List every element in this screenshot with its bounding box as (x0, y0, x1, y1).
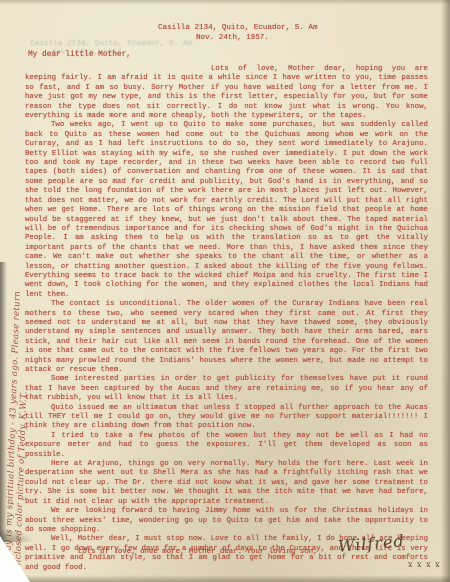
closing-line: Lots of love, once more, Mother dear. Yo… (78, 548, 318, 556)
scan-shadow-right (441, 0, 450, 582)
letter-paragraph: Some interested parties in order to get … (25, 375, 428, 403)
letter-paragraph: Quito issued me an ultimatum that unless… (25, 404, 428, 432)
page-corner-shadow (0, 528, 34, 542)
letter-paragraph: The contact is unconditional. The older … (25, 300, 428, 375)
letter-header: Casilla 2134, Quito, Ecuador, S. Am Nov.… (158, 23, 318, 43)
handwritten-kisses: x x x x (408, 560, 441, 569)
date-line: Nov. 24th, 1957. (196, 33, 318, 43)
address-line: Casilla 2134, Quito, Ecuador, S. Am (158, 23, 318, 33)
letter-paragraph: Lots of love, Mother dear, hoping you ar… (25, 65, 428, 121)
letter-body: Lots of love, Mother dear, hoping you ar… (25, 65, 428, 573)
letter-paragraph: Here at Arajuno, things go on very norma… (25, 460, 428, 507)
salutation: My dear little Mother, (28, 51, 131, 59)
scan-shadow-bottom (0, 575, 450, 582)
scan-shadow-top (0, 0, 450, 5)
letter-paragraph: We are looking forward to having Jimmy h… (25, 507, 428, 535)
letter-paragraph: I tried to take a few photos of the wome… (25, 432, 428, 460)
scanned-letter-page: Casilla 2134, Quito, Ecuador, S. Am Nov.… (0, 0, 450, 582)
letter-paragraph: Two weeks ago, I went up to Quito to mak… (25, 121, 428, 300)
